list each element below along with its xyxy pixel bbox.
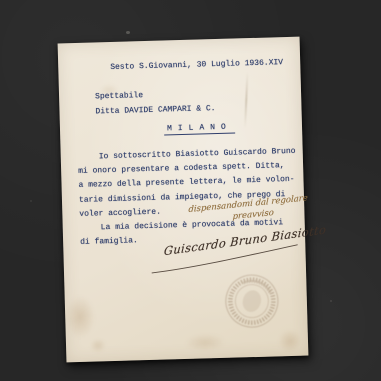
body-line: voler accogliere. [79, 208, 161, 220]
paper-stain [65, 295, 96, 340]
signature-underline-flourish [149, 241, 300, 275]
body-line: mi onoro presentare a codesta spett. Dit… [78, 161, 285, 177]
letter-paper: Sesto S.Giovanni, 30 Luglio 1936.XIV Spe… [58, 37, 309, 363]
addressee-name: DAVIDE CAMPARI & C. [124, 104, 215, 116]
body-line: a mezzo della presente lettera, le mie v… [78, 175, 294, 191]
faint-round-ink-stamp [216, 265, 288, 337]
dust-speck [126, 31, 130, 34]
body-line: di famiglia. [80, 236, 138, 248]
salutation: Spettabile [95, 91, 143, 102]
addressee-line: Ditta DAVIDE CAMPARI & C. [95, 104, 215, 117]
letter-photo: Sesto S.Giovanni, 30 Luglio 1936.XIV Spe… [0, 0, 381, 381]
dust-speck [30, 200, 32, 202]
paper-stain [184, 333, 226, 352]
paper-stain [278, 329, 303, 354]
paper-stain [90, 338, 106, 352]
city-name: MILANO [164, 123, 235, 136]
dust-speck [330, 300, 332, 302]
paper-crease [244, 72, 248, 128]
body-line: Io sottoscritto Biasiotto Guiscardo Brun… [78, 147, 296, 163]
dateline: Sesto S.Giovanni, 30 Luglio 1936.XIV [110, 58, 283, 73]
city-line: MILANO [164, 123, 235, 135]
addressee-prefix: Ditta [95, 107, 124, 117]
